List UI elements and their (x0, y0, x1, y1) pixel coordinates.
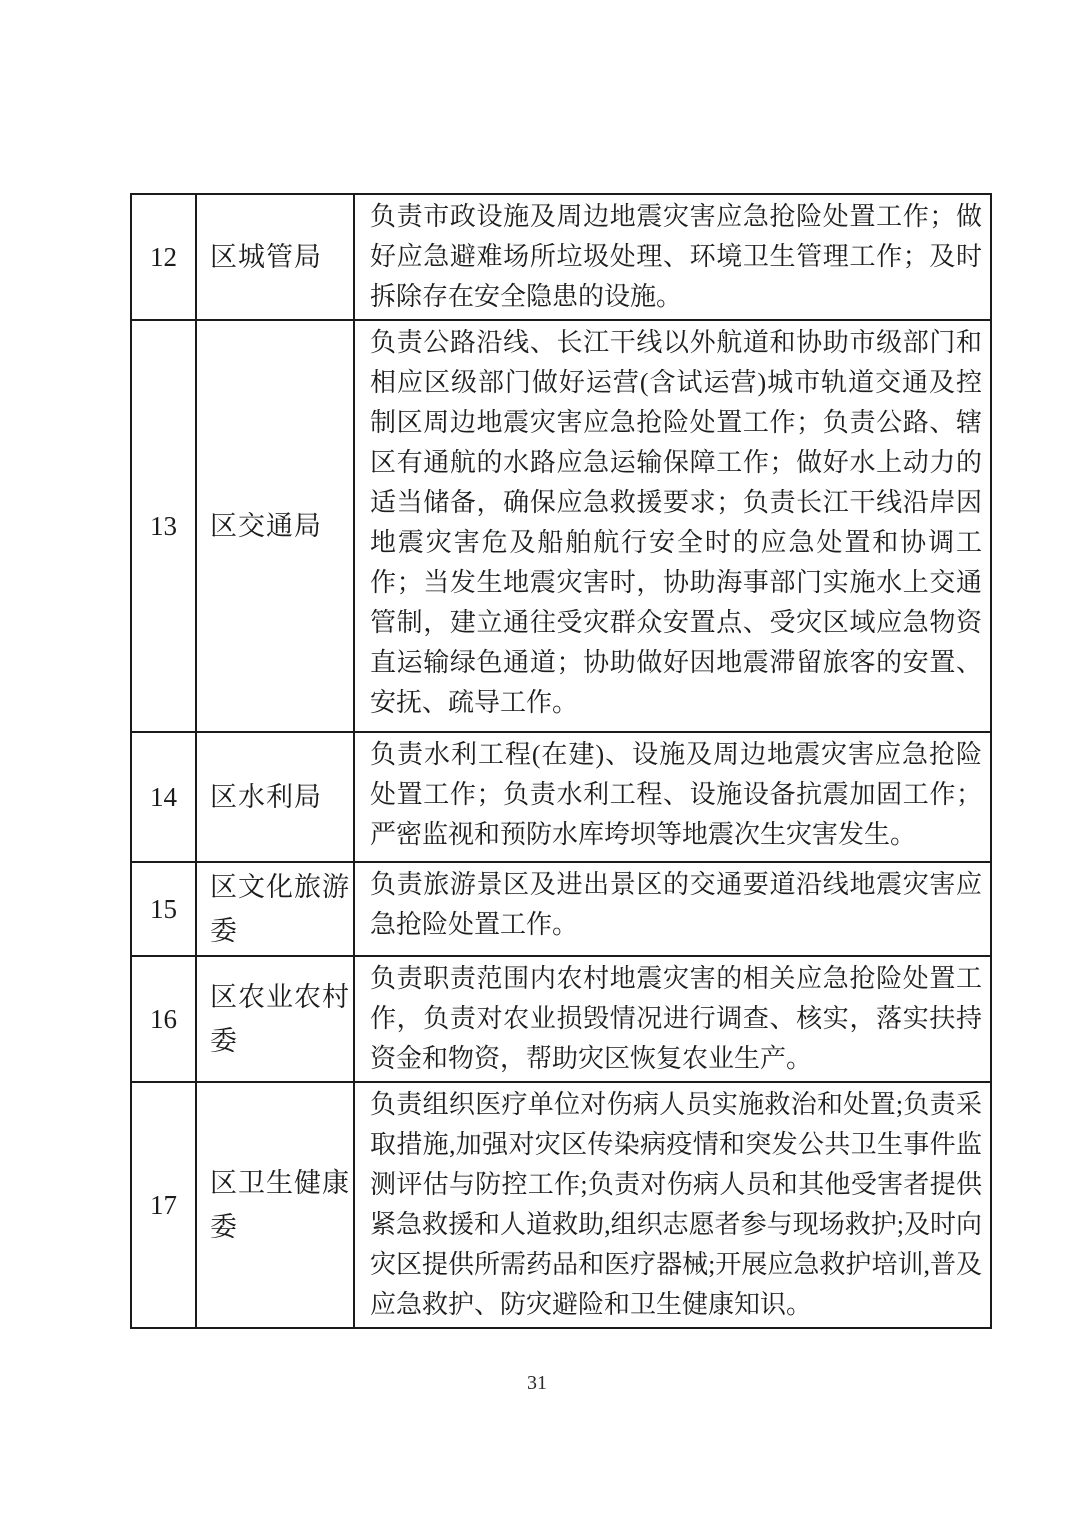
row-number-cell: 13 (131, 320, 196, 732)
row-number-cell: 15 (131, 862, 196, 956)
duty-cell: 负责市政设施及周边地震灾害应急抢险处置工作；做好应急避难场所垃圾处理、环境卫生管… (354, 194, 991, 320)
row-number-cell: 17 (131, 1082, 196, 1328)
row-number-cell: 16 (131, 956, 196, 1082)
responsibility-table: 12 区城管局 负责市政设施及周边地震灾害应急抢险处置工作；做好应急避难场所垃圾… (130, 193, 992, 1329)
table-row: 17 区卫生健康委 负责组织医疗单位对伤病人员实施救治和处置;负责采取措施,加强… (131, 1082, 991, 1328)
page-number: 31 (0, 1372, 1074, 1395)
table-row: 12 区城管局 负责市政设施及周边地震灾害应急抢险处置工作；做好应急避难场所垃圾… (131, 194, 991, 320)
table-row: 15 区文化旅游委 负责旅游景区及进出景区的交通要道沿线地震灾害应急抢险处置工作… (131, 862, 991, 956)
table-row: 13 区交通局 负责公路沿线、长江干线以外航道和协助市级部门和相应区级部门做好运… (131, 320, 991, 732)
table-row: 16 区农业农村委 负责职责范围内农村地震灾害的相关应急抢险处置工作，负责对农业… (131, 956, 991, 1082)
duty-cell: 负责公路沿线、长江干线以外航道和协助市级部门和相应区级部门做好运营(含试运营)城… (354, 320, 991, 732)
document-page: 12 区城管局 负责市政设施及周边地震灾害应急抢险处置工作；做好应急避难场所垃圾… (0, 0, 1074, 1520)
department-cell: 区文化旅游委 (196, 862, 354, 956)
duty-cell: 负责水利工程(在建)、设施及周边地震灾害应急抢险处置工作；负责水利工程、设施设备… (354, 732, 991, 862)
table-row: 14 区水利局 负责水利工程(在建)、设施及周边地震灾害应急抢险处置工作；负责水… (131, 732, 991, 862)
department-cell: 区卫生健康委 (196, 1082, 354, 1328)
department-cell: 区水利局 (196, 732, 354, 862)
department-cell: 区交通局 (196, 320, 354, 732)
row-number-cell: 12 (131, 194, 196, 320)
duty-cell: 负责职责范围内农村地震灾害的相关应急抢险处置工作，负责对农业损毁情况进行调查、核… (354, 956, 991, 1082)
duty-cell: 负责旅游景区及进出景区的交通要道沿线地震灾害应急抢险处置工作。 (354, 862, 991, 956)
duty-cell: 负责组织医疗单位对伤病人员实施救治和处置;负责采取措施,加强对灾区传染病疫情和突… (354, 1082, 991, 1328)
department-cell: 区城管局 (196, 194, 354, 320)
department-cell: 区农业农村委 (196, 956, 354, 1082)
row-number-cell: 14 (131, 732, 196, 862)
